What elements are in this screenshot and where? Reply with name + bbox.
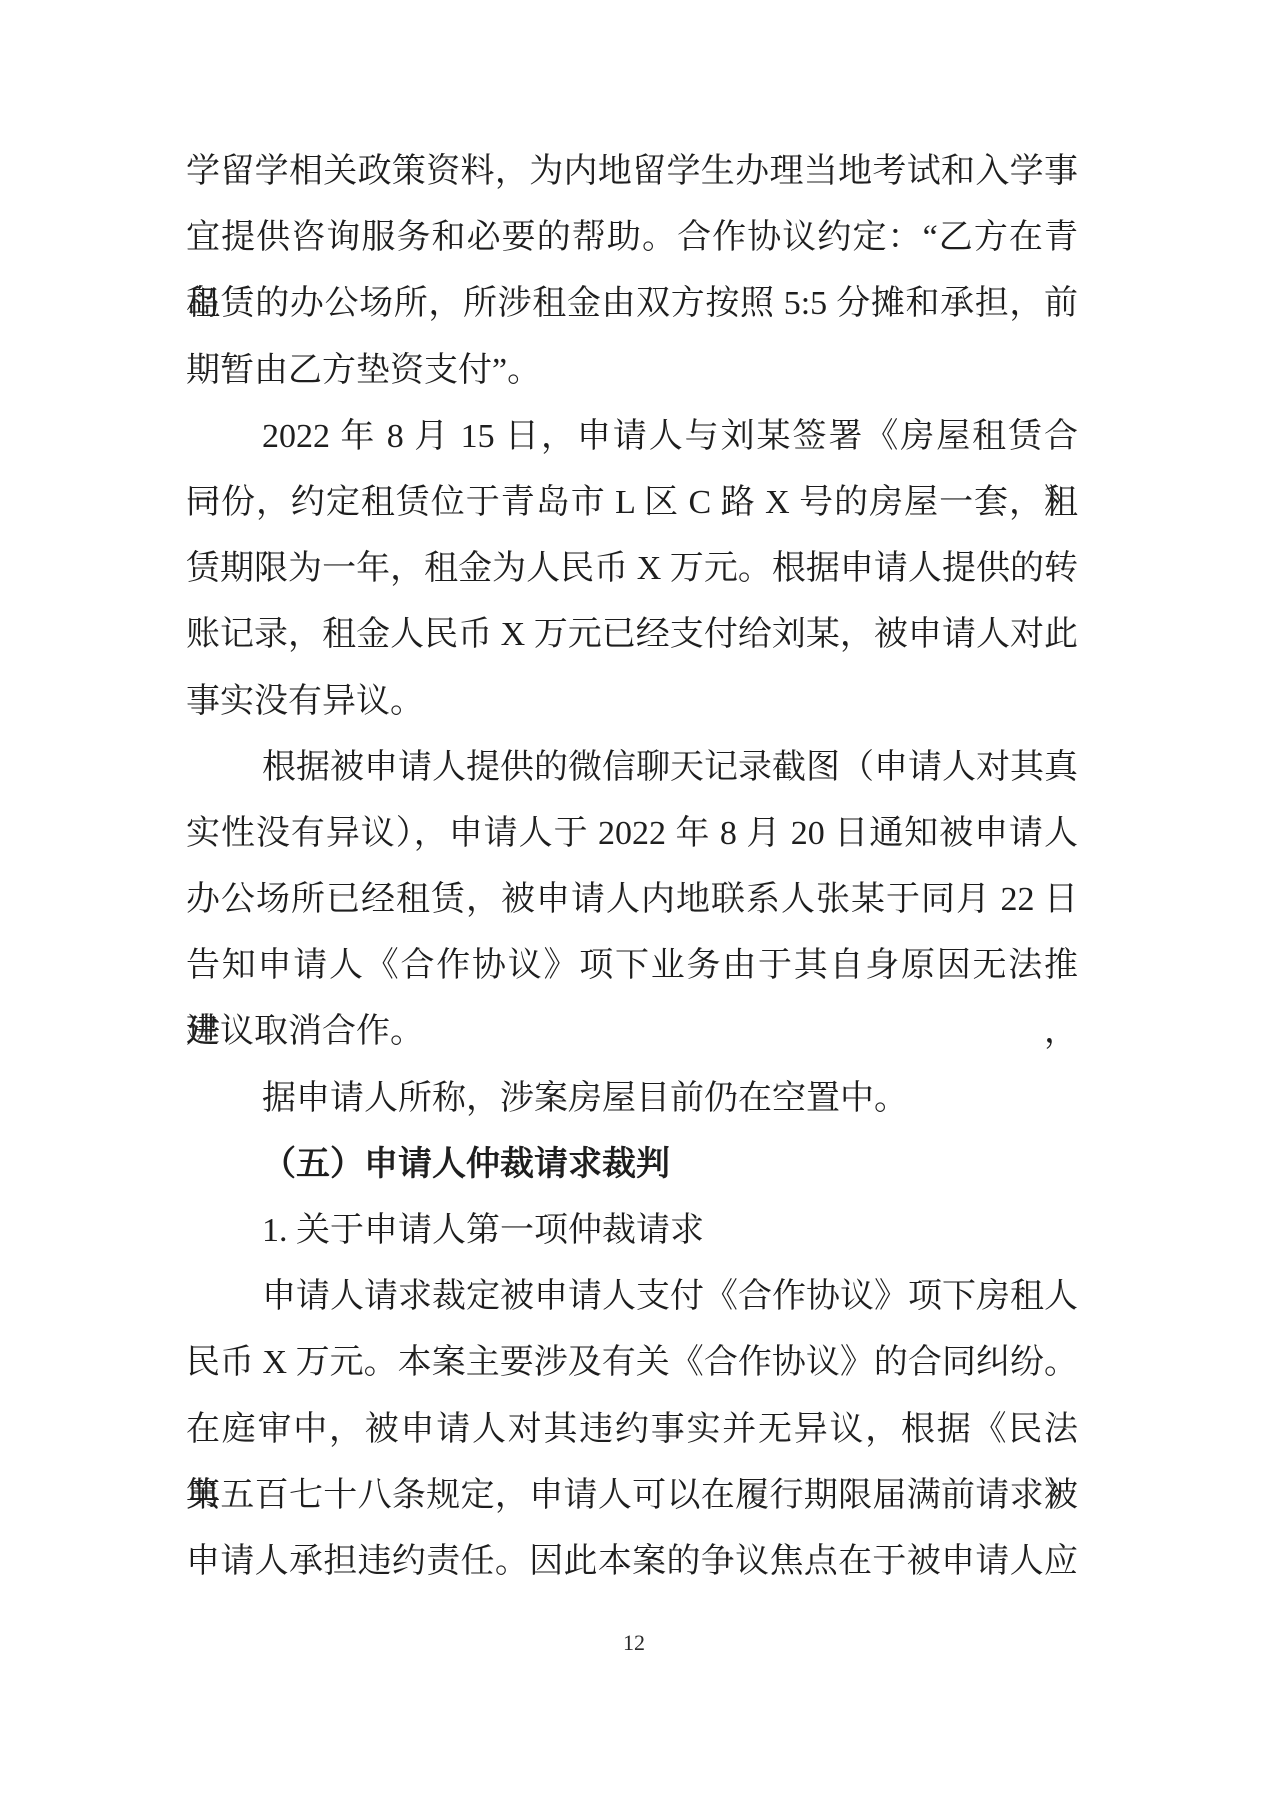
text-line: 实性没有异议），申请人于 2022 年 8 月 20 日通知被申请人 [186, 801, 1078, 867]
text-line: 1. 关于申请人第一项仲裁请求 [186, 1198, 1078, 1264]
text-line: 告知申请人《合作协议》项下业务由于其自身原因无法推进， [186, 933, 1078, 999]
text-line: 办公场所已经租赁，被申请人内地联系人张某于同月 22 日 [186, 867, 1078, 933]
text-line: 2022 年 8 月 15 日，申请人与刘某签署《房屋租赁合同》 [186, 404, 1078, 470]
text-line: 账记录，租金人民币 X 万元已经支付给刘某，被申请人对此 [186, 602, 1078, 668]
document-body: 学留学相关政策资料，为内地留学生办理当地考试和入学事宜提供咨询服务和必要的帮助。… [186, 139, 1078, 1595]
text-line: 第五百七十八条规定，申请人可以在履行期限届满前请求被 [186, 1463, 1078, 1529]
section-heading: （五）申请人仲裁请求裁判 [186, 1132, 1078, 1198]
text-line: 申请人承担违约责任。因此本案的争议焦点在于被申请人应 [186, 1529, 1078, 1595]
text-line: 根据被申请人提供的微信聊天记录截图（申请人对其真 [186, 735, 1078, 801]
text-line: 学留学相关政策资料，为内地留学生办理当地考试和入学事 [186, 139, 1078, 205]
text-line: 事实没有异议。 [186, 669, 1078, 735]
text-line: 民币 X 万元。本案主要涉及有关《合作协议》的合同纠纷。 [186, 1330, 1078, 1396]
text-line: 一份，约定租赁位于青岛市 L 区 C 路 X 号的房屋一套，租 [186, 470, 1078, 536]
text-line: 赁期限为一年，租金为人民币 X 万元。根据申请人提供的转 [186, 536, 1078, 602]
text-line: 宜提供咨询服务和必要的帮助。合作协议约定：“乙方在青岛 [186, 205, 1078, 271]
text-line: 租赁的办公场所，所涉租金由双方按照 5:5 分摊和承担，前 [186, 271, 1078, 337]
page-number: 12 [0, 1628, 1268, 1658]
document-page: 学留学相关政策资料，为内地留学生办理当地考试和入学事宜提供咨询服务和必要的帮助。… [0, 0, 1268, 1793]
text-line: 在庭审中，被申请人对其违约事实并无异议，根据《民法典》 [186, 1397, 1078, 1463]
text-line: 申请人请求裁定被申请人支付《合作协议》项下房租人 [186, 1264, 1078, 1330]
text-line: 期暂由乙方垫资支付”。 [186, 338, 1078, 404]
text-line: 据申请人所称，涉案房屋目前仍在空置中。 [186, 1066, 1078, 1132]
